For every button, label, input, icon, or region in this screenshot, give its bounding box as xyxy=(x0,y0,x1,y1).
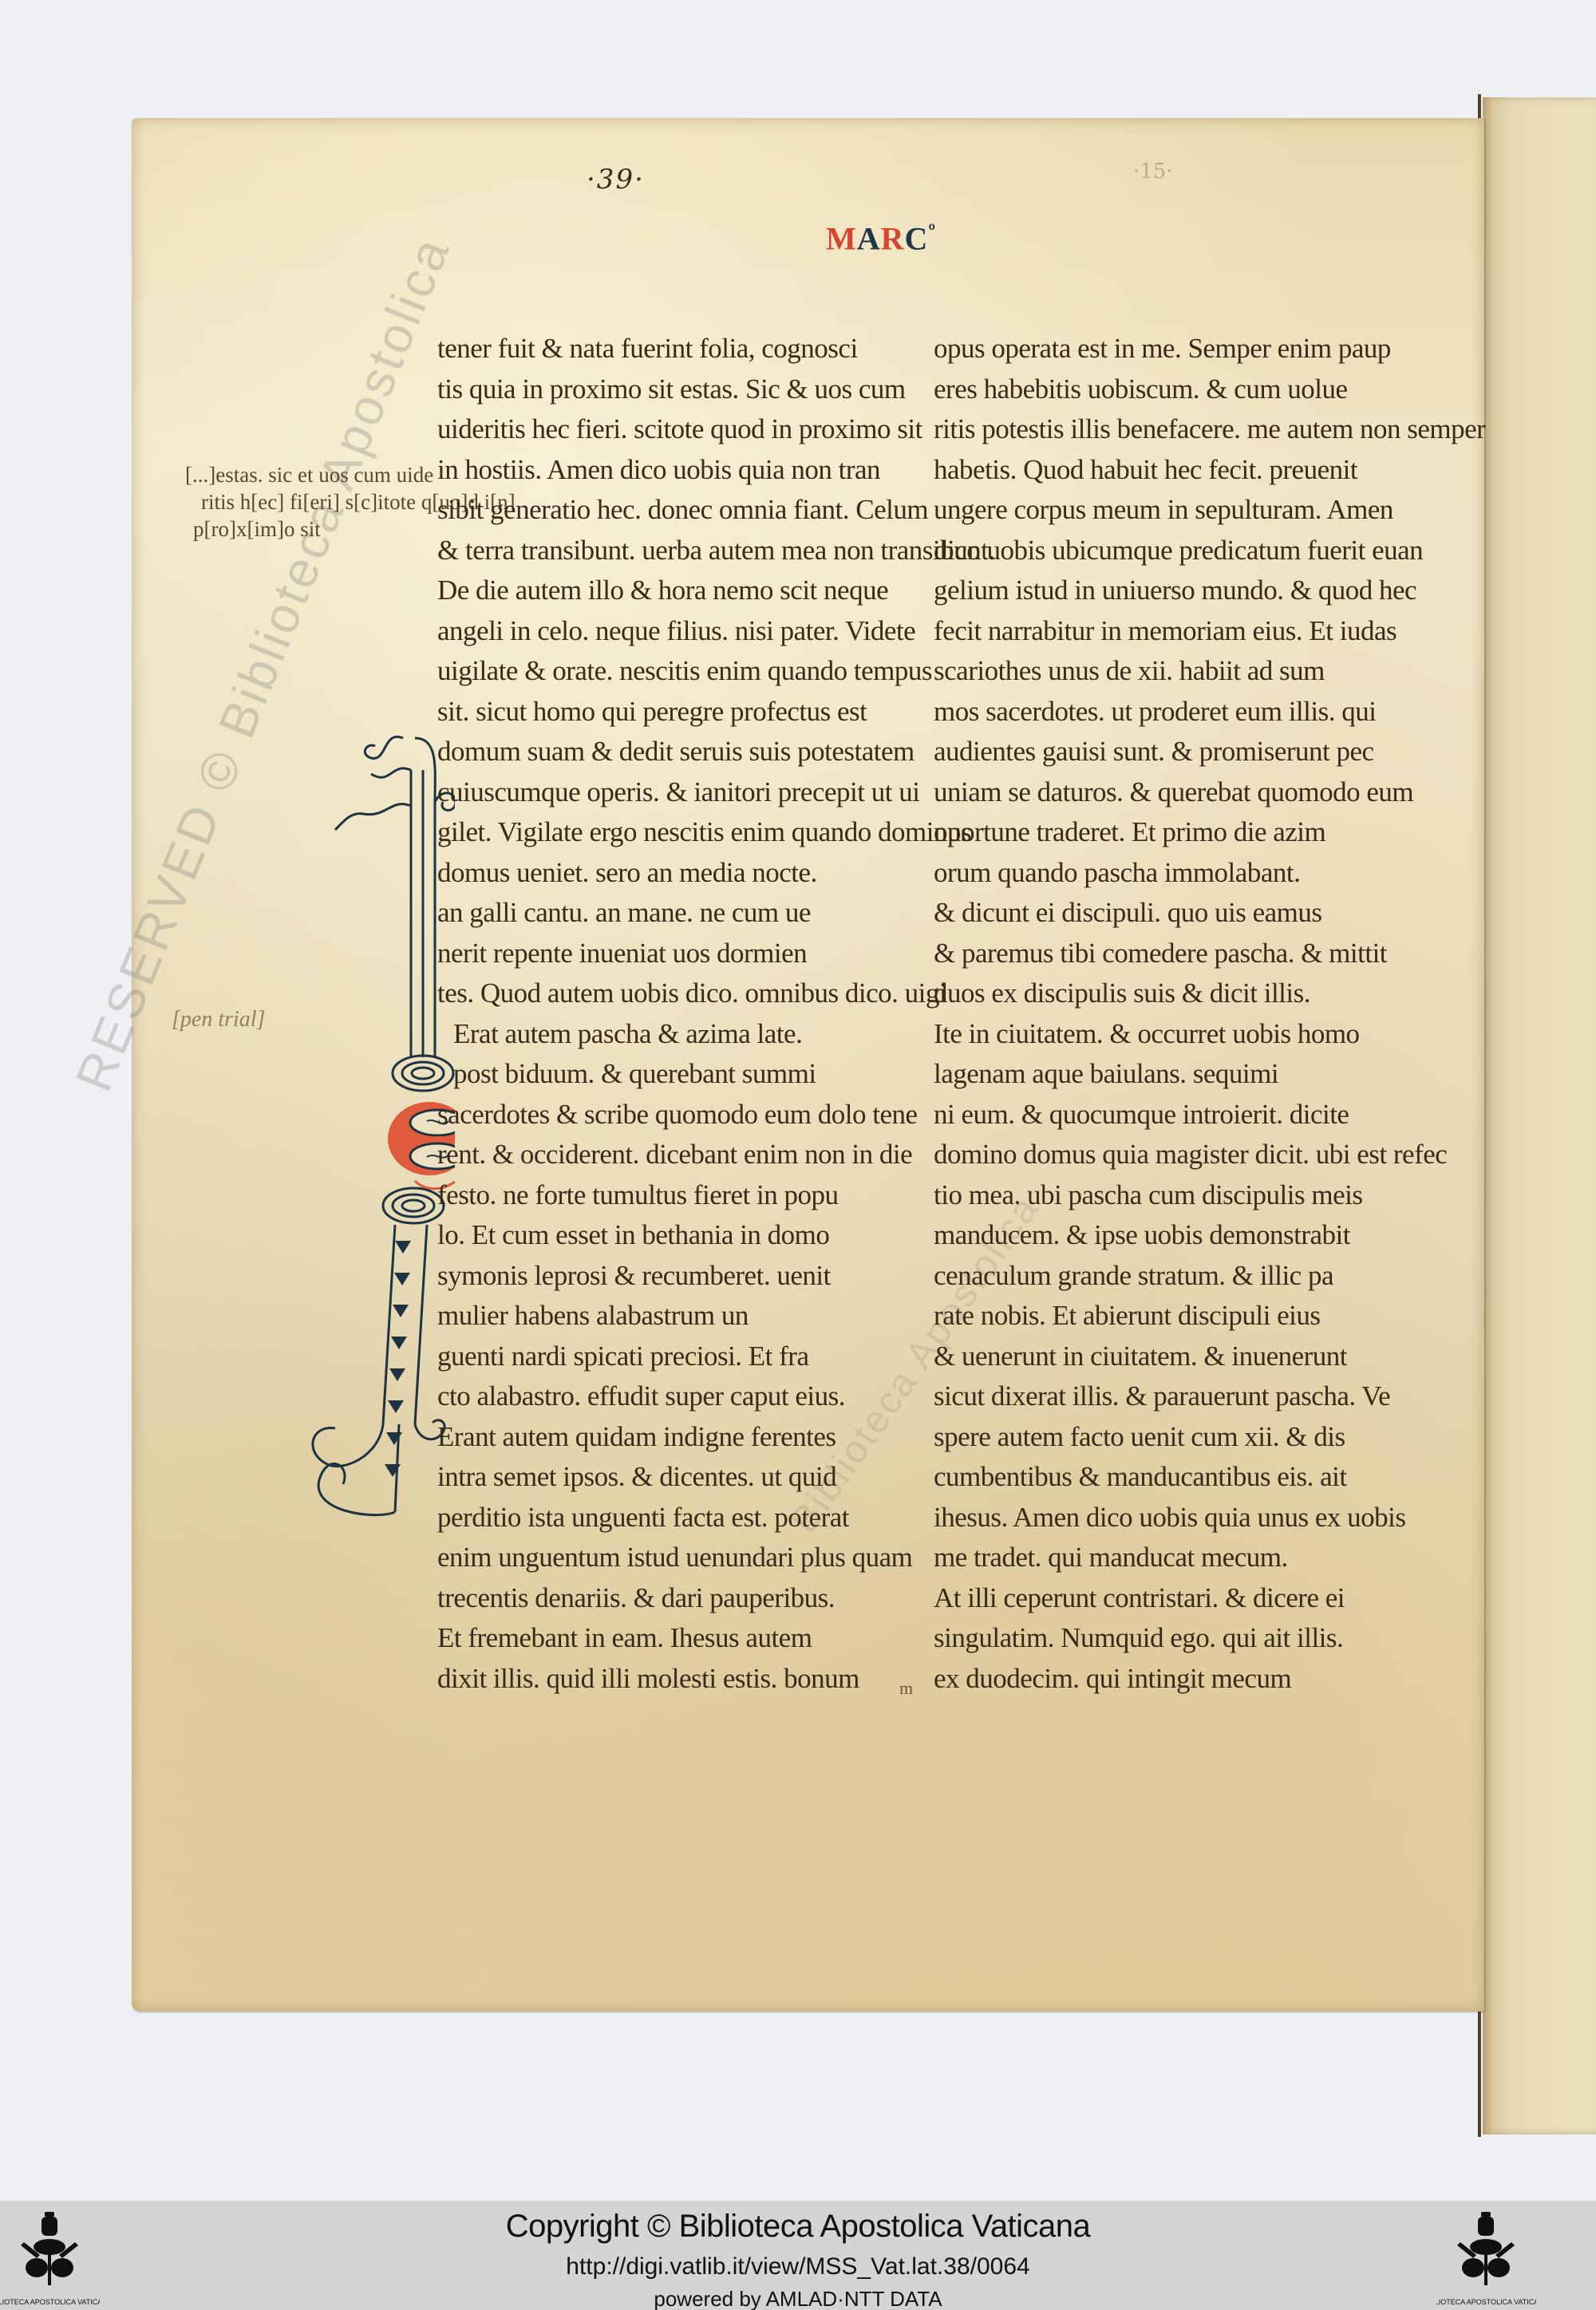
vatican-library-logo-icon: BIBLIOTECA APOSTOLICA VATICANA xyxy=(1436,2205,1536,2308)
text-line: symonis leprosi & recumberet. uenit xyxy=(437,1256,892,1297)
text-line: gelium istud in uniuerso mundo. & quod h… xyxy=(934,571,1412,611)
text-line: spere autem facto uenit cum xii. & dis xyxy=(934,1417,1412,1458)
running-head-m: M xyxy=(826,220,857,256)
text-line: guenti nardi spicati preciosi. Et fra xyxy=(437,1337,892,1377)
text-line: Erat autem pascha & azima late. xyxy=(437,1014,892,1055)
text-line: domus ueniet. sero an media nocte. xyxy=(437,853,892,894)
text-line: me tradet. qui manducat mecum. xyxy=(934,1538,1412,1578)
text-line: post biduum. & querebant summi xyxy=(437,1054,892,1095)
text-line: lo. Et cum esset in bethania in domo xyxy=(437,1215,892,1256)
text-line: scariothes unus de xii. habiit ad sum xyxy=(934,651,1412,692)
text-line: domum suam & dedit seruis suis potestate… xyxy=(437,732,892,772)
text-line: sibit generatio hec. donec omnia fiant. … xyxy=(437,490,892,531)
text-line: audientes gauisi sunt. & promiserunt pec xyxy=(934,732,1412,772)
text-line: & dicunt ei discipuli. quo uis eamus xyxy=(934,893,1412,934)
text-line: enim unguentum istud uenundari plus quam xyxy=(437,1538,892,1578)
text-line: perditio ista unguenti facta est. potera… xyxy=(437,1498,892,1538)
running-head-suffix: º xyxy=(928,219,936,243)
powered-by-text: powered by AMLAD·NTT DATA xyxy=(0,2287,1596,2310)
running-head-r: R xyxy=(881,220,905,256)
decorated-initial-e xyxy=(295,722,455,1520)
text-line: ex duodecim. qui intingit mecum xyxy=(934,1659,1412,1700)
text-line: orum quando pascha immolabant. xyxy=(934,853,1412,894)
text-line: dico uobis ubicumque predicatum fuerit e… xyxy=(934,531,1412,571)
text-line: uigilate & orate. nescitis enim quando t… xyxy=(437,651,892,692)
text-line: tes. Quod autem uobis dico. omnibus dico… xyxy=(437,973,892,1014)
margin-pen-trial: [pen trial] xyxy=(172,1007,265,1033)
text-line: singulatim. Numquid ego. qui ait illis. xyxy=(934,1618,1412,1659)
text-line: cto alabastro. effudit super caput eius. xyxy=(437,1376,892,1417)
text-line: Et fremebant in eam. Ihesus autem xyxy=(437,1618,892,1659)
text-line: De die autem illo & hora nemo scit neque xyxy=(437,571,892,611)
text-line: mulier habens alabastrum un xyxy=(437,1296,892,1337)
text-line: uniam se daturos. & querebat quomodo eum xyxy=(934,772,1412,813)
text-line: gilet. Vigilate ergo nescitis enim quand… xyxy=(437,812,892,853)
margin-note-right: m xyxy=(899,1678,913,1699)
text-line: sacerdotes & scribe quomodo eum dolo ten… xyxy=(437,1095,892,1135)
text-line: nerit repente inueniat uos dormien xyxy=(437,934,892,974)
text-line: sit. sicut homo qui peregre profectus es… xyxy=(437,692,892,732)
running-head-c: C xyxy=(905,220,929,256)
text-line: Erant autem quidam indigne ferentes xyxy=(437,1417,892,1458)
text-line: domino domus quia magister dicit. ubi es… xyxy=(934,1135,1412,1175)
text-line: ungere corpus meum in sepulturam. Amen xyxy=(934,490,1412,531)
text-line: trecentis denariis. & dari pauperibus. xyxy=(437,1578,892,1619)
text-column-right: opus operata est in me. Semper enim paup… xyxy=(934,329,1412,1699)
running-head-a: A xyxy=(857,220,881,256)
text-line: eres habebitis uobiscum. & cum uolue xyxy=(934,369,1412,410)
text-line: Ite in ciuitatem. & occurret uobis homo xyxy=(934,1014,1412,1055)
text-line: uideritis hec fieri. scitote quod in pro… xyxy=(437,409,892,450)
text-line: & paremus tibi comedere pascha. & mittit xyxy=(934,934,1412,974)
text-line: cumbentibus & manducantibus eis. ait xyxy=(934,1457,1412,1498)
text-line: intra semet ipsos. & dicentes. ut quid xyxy=(437,1457,892,1498)
text-line: opus operata est in me. Semper enim paup xyxy=(934,329,1412,369)
text-line: rent. & occiderent. dicebant enim non in… xyxy=(437,1135,892,1175)
text-line: tio mea. ubi pascha cum discipulis meis xyxy=(934,1175,1412,1216)
text-column-left: tener fuit & nata fuerint folia, cognosc… xyxy=(437,329,892,1699)
svg-text:BIBLIOTECA APOSTOLICA VATICANA: BIBLIOTECA APOSTOLICA VATICANA xyxy=(1436,2298,1536,2306)
copyright-text: Copyright © Biblioteca Apostolica Vatica… xyxy=(0,2209,1596,2245)
text-line: festo. ne forte tumultus fieret in popu xyxy=(437,1175,892,1216)
text-line: rate nobis. Et abierunt discipuli eius xyxy=(934,1296,1412,1337)
source-url[interactable]: http://digi.vatlib.it/view/MSS_Vat.lat.3… xyxy=(0,2253,1596,2280)
running-head: MARCº xyxy=(826,219,936,257)
text-line: duos ex discipulis suis & dicit illis. xyxy=(934,973,1412,1014)
faint-folio-mark: ·15· xyxy=(1133,160,1173,184)
text-line: angeli in celo. neque filius. nisi pater… xyxy=(437,611,892,652)
text-line: sicut dixerat illis. & parauerunt pascha… xyxy=(934,1376,1412,1417)
text-line: in hostiis. Amen dico uobis quia non tra… xyxy=(437,450,892,491)
text-line: cuiuscumque operis. & ianitori precepit … xyxy=(437,772,892,813)
text-line: ritis potestis illis benefacere. me aute… xyxy=(934,409,1412,450)
text-line: & uenerunt in ciuitatem. & inuenerunt xyxy=(934,1337,1412,1377)
text-line: mos sacerdotes. ut proderet eum illis. q… xyxy=(934,692,1412,732)
text-line: At illi ceperunt contristari. & dicere e… xyxy=(934,1578,1412,1619)
text-line: lagenam aque baiulans. sequimi xyxy=(934,1054,1412,1095)
text-line: ni eum. & quocumque introierit. dicite xyxy=(934,1095,1412,1135)
text-line: ihesus. Amen dico uobis quia unus ex uob… xyxy=(934,1498,1412,1538)
text-line: cenaculum grande stratum. & illic pa xyxy=(934,1256,1412,1297)
facing-page-edge xyxy=(1483,97,1596,2134)
text-line: tener fuit & nata fuerint folia, cognosc… xyxy=(437,329,892,369)
text-line: fecit narrabitur in memoriam eius. Et iu… xyxy=(934,611,1412,652)
text-line: tis quia in proximo sit estas. Sic & uos… xyxy=(437,369,892,410)
text-line: dixit illis. quid illi molesti estis. bo… xyxy=(437,1659,892,1700)
text-line: oportune traderet. Et primo die azim xyxy=(934,812,1412,853)
text-line: habetis. Quod habuit hec fecit. preuenit xyxy=(934,450,1412,491)
folio-number: ·39· xyxy=(587,164,645,195)
text-line: manducem. & ipse uobis demonstrabit xyxy=(934,1215,1412,1256)
text-line: & terra transibunt. uerba autem mea non … xyxy=(437,531,892,571)
copyright-footer: BIBLIOTECA APOSTOLICA VATICANA Copyright… xyxy=(0,2201,1596,2310)
text-line: an galli cantu. an mane. ne cum ue xyxy=(437,893,892,934)
